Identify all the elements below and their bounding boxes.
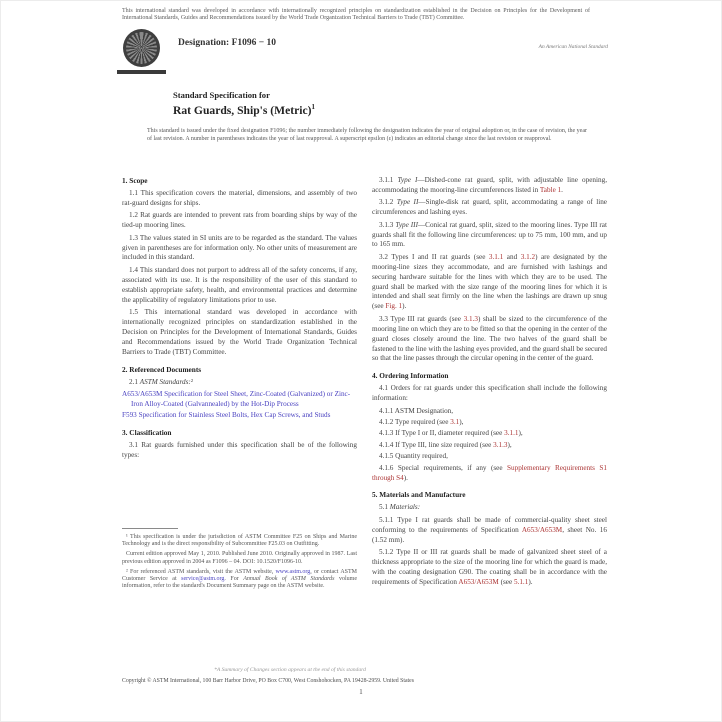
inline-link[interactable]: Table 1 [540, 186, 561, 194]
title-footnote-marker: 1 [311, 103, 314, 111]
inline-link[interactable]: 3.1 [450, 418, 459, 426]
right-column: 3.1.1 Type I—Dished-cone rat guard, spli… [372, 176, 607, 590]
footnote-edition: Current edition approved May 1, 2010. Pu… [122, 551, 357, 565]
section-heading-classification: 3. Classification [122, 428, 357, 437]
paragraph-3-1-1: 3.1.1 Type I—Dished-cone rat guard, spli… [372, 176, 607, 196]
page-background [0, 0, 722, 722]
inline-link[interactable]: 3.1.1 [489, 253, 503, 261]
designation: Designation: F1096 − 10 [178, 38, 276, 48]
summary-of-changes-note: *A Summary of Changes section appears at… [147, 667, 433, 673]
copyright-line: Copyright © ASTM International, 100 Barr… [122, 678, 434, 684]
inline-link[interactable]: www.astm.org [275, 569, 310, 575]
inline-link[interactable]: 3.1.1 [504, 429, 518, 437]
paragraph-4-1-6: 4.1.6 Special requirements, if any (see … [372, 464, 607, 484]
astm-logo [117, 29, 166, 75]
paragraph-3-3: 3.3 Type III rat guards (see 3.1.3) shal… [372, 315, 607, 365]
left-column: 1. Scope 1.1 This specification covers t… [122, 176, 357, 463]
paragraph-4-1: 4.1 Orders for rat guards under this spe… [372, 384, 607, 404]
title-line2: Rat Guards, Ship's (Metric)1 [173, 100, 315, 118]
paragraph-3-2: 3.2 Types I and II rat guards (see 3.1.1… [372, 253, 607, 312]
footnote-1: ¹ This specification is under the jurisd… [122, 534, 357, 548]
paragraph-3-1-2: 3.1.2 Type II—Single-disk rat guard, spl… [372, 198, 607, 218]
footnote-2: ² For referenced ASTM standards, visit t… [122, 569, 357, 591]
astm-logo-banner [117, 70, 166, 74]
inline-link[interactable]: 3.1.3 [464, 315, 478, 323]
issue-note: This standard is issued under the fixed … [147, 128, 587, 143]
inline-link[interactable]: 3.1.3 [493, 441, 507, 449]
section-heading-materials: 5. Materials and Manufacture [372, 490, 607, 499]
paragraph-5-1-1: 5.1.1 Type I rat guards shall be made of… [372, 516, 607, 546]
paragraph-4-1-3: 4.1.3 If Type I or II, diameter required… [372, 429, 607, 439]
section-heading-scope: 1. Scope [122, 176, 357, 185]
reference-link-f593[interactable]: F593 Specification for Stainless Steel B… [122, 411, 357, 421]
inline-link[interactable]: A653/A653M Specification for Steel Sheet… [122, 390, 350, 408]
inline-link[interactable]: service@astm.org [181, 576, 224, 582]
paragraph-1-4: 1.4 This standard does not purport to ad… [122, 266, 357, 306]
american-national-standard-note: An American National Standard [492, 44, 608, 50]
designation-code: F1096 − 10 [232, 38, 276, 48]
inline-link[interactable]: 3.1.2 [521, 253, 535, 261]
paragraph-3-1-3: 3.1.3 Type III—Conical rat guard, split,… [372, 221, 607, 251]
paragraph-4-1-4: 4.1.4 If Type III, line size required (s… [372, 441, 607, 451]
paragraph-4-1-2: 4.1.2 Type required (see 3.1), [372, 418, 607, 428]
inline-link[interactable]: A653/A653M [522, 526, 562, 534]
paragraph-5-1-2: 5.1.2 Type II or III rat guards shall be… [372, 548, 607, 588]
reference-link-a653[interactable]: A653/A653M Specification for Steel Sheet… [122, 390, 357, 410]
wto-tbt-notice: This international standard was develope… [122, 8, 590, 22]
paragraph-1-5: 1.5 This international standard was deve… [122, 308, 357, 358]
paragraph-4-1-5: 4.1.5 Quantity required, [372, 452, 607, 462]
footnote-separator [122, 528, 178, 529]
paragraph-3-1: 3.1 Rat guards furnished under this spec… [122, 441, 357, 461]
paragraph-5-1: 5.1 Materials: [372, 503, 607, 513]
inline-link[interactable]: A653/A653M [458, 578, 498, 586]
inline-link[interactable]: 5.1.1 [514, 578, 528, 586]
paragraph-1-2: 1.2 Rat guards are intended to prevent r… [122, 211, 357, 231]
section-heading-ordering-information: 4. Ordering Information [372, 371, 607, 380]
inline-link[interactable]: Fig. 1 [385, 302, 402, 310]
page-number: 1 [0, 689, 722, 696]
inline-link[interactable]: F593 Specification for Stainless Steel B… [122, 411, 330, 419]
designation-label: Designation: [178, 38, 229, 48]
astm-globe-icon [123, 29, 160, 67]
section-heading-referenced-documents: 2. Referenced Documents [122, 365, 357, 374]
document-title: Standard Specification for Rat Guards, S… [173, 90, 315, 118]
paragraph-1-3: 1.3 The values stated in SI units are to… [122, 234, 357, 264]
paragraph-1-1: 1.1 This specification covers the materi… [122, 189, 357, 209]
paragraph-4-1-1: 4.1.1 ASTM Designation, [372, 407, 607, 417]
paragraph-2-1: 2.1 ASTM Standards:² [122, 378, 357, 388]
title-line1: Standard Specification for [173, 90, 315, 100]
footnote-block: ¹ This specification is under the jurisd… [122, 528, 357, 593]
